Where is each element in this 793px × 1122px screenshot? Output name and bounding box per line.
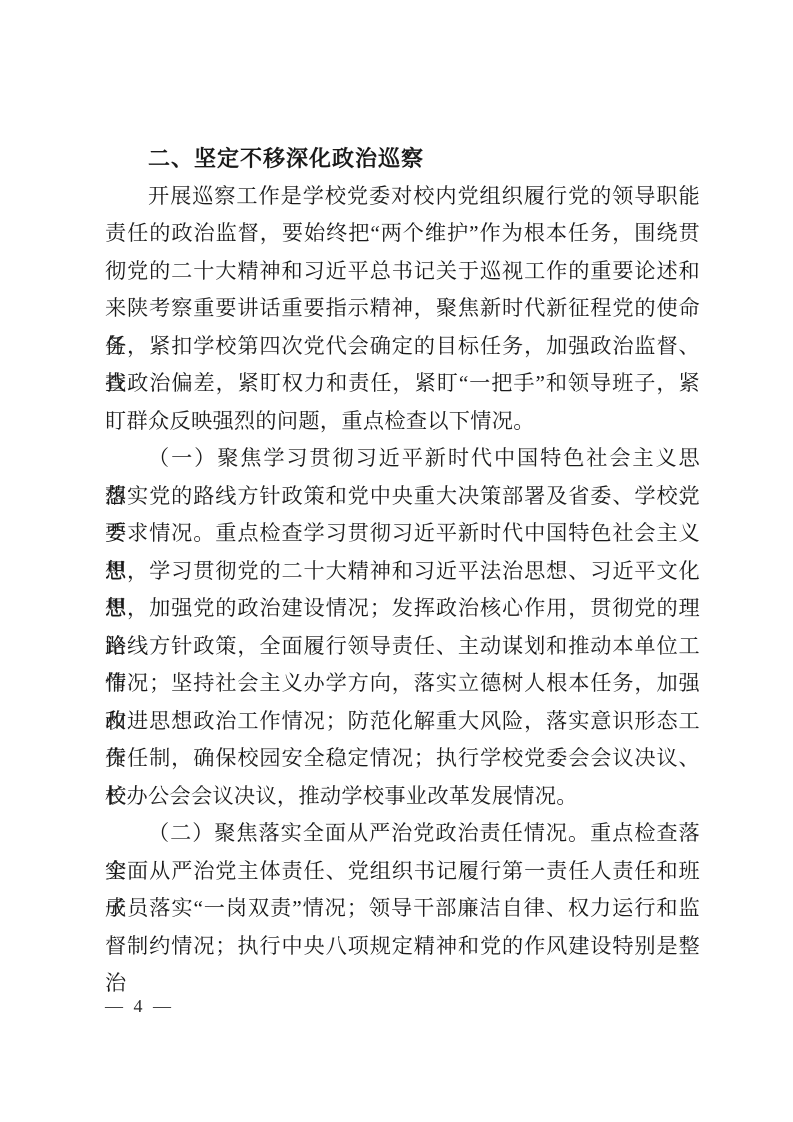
text-line: 想，加强党的政治建设情况；发挥政治核心作用，贯彻党的理论 — [105, 590, 700, 628]
text-line: 开展巡察工作是学校党委对校内党组织履行党的领导职能 — [105, 178, 700, 216]
text-line: 路线方针政策，全面履行领导责任、主动谋划和推动本单位工作 — [105, 628, 700, 666]
section-heading: 二、坚定不移深化政治巡察 — [105, 140, 700, 178]
text-line: 要求情况。重点检查学习贯彻习近平新时代中国特色社会主义思 — [105, 515, 700, 553]
text-line: 长办公会会议决议，推动学校事业改革发展情况。 — [105, 778, 700, 816]
text-line: 责任的政治监督，要始终把“两个维护”作为根本任务，围绕贯 — [105, 215, 700, 253]
text-line: 成员落实“一岗双责”情况；领导干部廉洁自律、权力运行和监 — [105, 890, 700, 928]
page-number: — 4 — — [105, 996, 174, 1017]
text-line: 责任制，确保校园安全稳定情况；执行学校党委会会议决议、校 — [105, 740, 700, 778]
text-line: 想，学习贯彻党的二十大精神和习近平法治思想、习近平文化思 — [105, 553, 700, 591]
text-line: 督制约情况；执行中央八项规定精神和党的作风建设特别是整治 — [105, 928, 700, 966]
text-line: （二）聚焦落实全面从严治党政治责任情况。重点检查落实 — [105, 815, 700, 853]
document-body: 二、坚定不移深化政治巡察 开展巡察工作是学校党委对校内党组织履行党的领导职能责任… — [105, 140, 700, 965]
paragraph: （二）聚焦落实全面从严治党政治责任情况。重点检查落实全面从严治党主体责任、党组织… — [105, 815, 700, 965]
document-page: 二、坚定不移深化政治巡察 开展巡察工作是学校党委对校内党组织履行党的领导职能责任… — [0, 0, 793, 1122]
text-line: 改进思想政治工作情况；防范化解重大风险，落实意识形态工作 — [105, 703, 700, 741]
paragraphs-container: 开展巡察工作是学校党委对校内党组织履行党的领导职能责任的政治监督，要始终把“两个… — [105, 178, 700, 966]
text-line: 情况；坚持社会主义办学方向，落实立德树人根本任务，加强和 — [105, 665, 700, 703]
text-line: （一）聚焦学习贯彻习近平新时代中国特色社会主义思想、 — [105, 440, 700, 478]
text-line: 务，紧扣学校第四次党代会确定的目标任务，加强政治监督、查 — [105, 328, 700, 366]
text-line: 落实党的路线方针政策和党中央重大决策部署及省委、学校党委 — [105, 478, 700, 516]
text-line: 彻党的二十大精神和习近平总书记关于巡视工作的重要论述和 — [105, 253, 700, 291]
text-line: 来陕考察重要讲话重要指示精神，聚焦新时代新征程党的使命任 — [105, 290, 700, 328]
text-line: 找政治偏差，紧盯权力和责任，紧盯“一把手”和领导班子，紧 — [105, 365, 700, 403]
text-line: 盯群众反映强烈的问题，重点检查以下情况。 — [105, 403, 700, 441]
text-line: 全面从严治党主体责任、党组织书记履行第一责任人责任和班子 — [105, 853, 700, 891]
paragraph: 开展巡察工作是学校党委对校内党组织履行党的领导职能责任的政治监督，要始终把“两个… — [105, 178, 700, 441]
paragraph: （一）聚焦学习贯彻习近平新时代中国特色社会主义思想、落实党的路线方针政策和党中央… — [105, 440, 700, 815]
